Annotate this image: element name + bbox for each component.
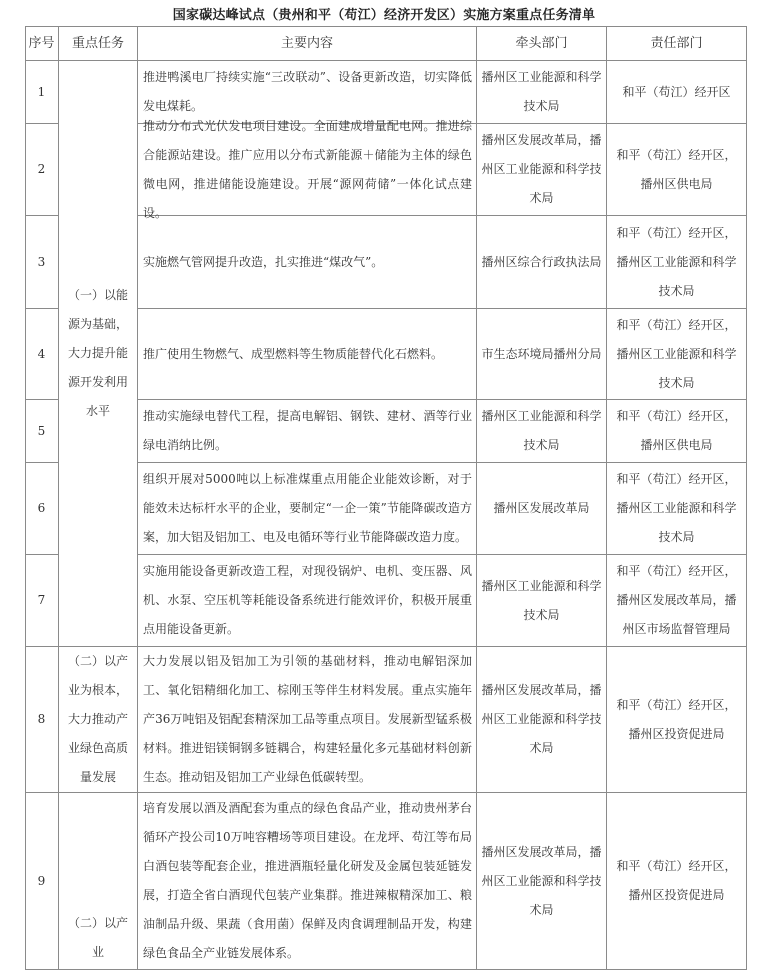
row-number: 2 (25, 124, 59, 216)
row-content: 实施燃气管网提升改造，扎实推进“煤改气”。 (138, 216, 477, 309)
row-resp-dept: 和平（苟江）经开区，播州区工业能源和科学技术局 (607, 216, 747, 309)
row-lead-dept: 播州区综合行政执法局 (477, 216, 607, 309)
row-lead-dept: 播州区工业能源和科学技术局 (477, 555, 607, 647)
row-number: 9 (25, 793, 59, 970)
task-group: （二）以产业 (59, 793, 138, 970)
row-number: 1 (25, 61, 59, 124)
header-lead-dept: 牵头部门 (477, 26, 607, 61)
row-lead-dept: 播州区工业能源和科学技术局 (477, 61, 607, 124)
row-resp-dept: 和平（苟江）经开区，播州区发展改革局，播州区市场监督管理局 (607, 555, 747, 647)
row-lead-dept: 播州区发展改革局，播州区工业能源和科学技术局 (477, 793, 607, 970)
header-task: 重点任务 (59, 26, 138, 61)
row-lead-dept: 播州区发展改革局 (477, 463, 607, 555)
row-number: 5 (25, 400, 59, 463)
row-lead-dept: 市生态环境局播州分局 (477, 309, 607, 400)
task-group: （二）以产业为根本，大力推动产业绿色高质量发展 (59, 647, 138, 793)
row-content: 组织开展对5000吨以上标准煤重点用能企业能效诊断，对于能效未达标杆水平的企业，… (138, 463, 477, 555)
row-number: 4 (25, 309, 59, 400)
row-number: 3 (25, 216, 59, 309)
row-resp-dept: 和平（苟江）经开区，播州区工业能源和科学技术局 (607, 463, 747, 555)
row-resp-dept: 和平（苟江）经开区，播州区供电局 (607, 400, 747, 463)
row-lead-dept: 播州区发展改革局，播州区工业能源和科学技术局 (477, 647, 607, 793)
row-content: 实施用能设备更新改造工程，对现役锅炉、电机、变压器、风机、水泵、空压机等耗能设备… (138, 555, 477, 647)
row-resp-dept: 和平（苟江）经开区 (607, 61, 747, 124)
row-number: 8 (25, 647, 59, 793)
header-content: 主要内容 (138, 26, 477, 61)
task-group: （一）以能源为基础，大力提升能源开发利用水平 (59, 61, 138, 647)
row-lead-dept: 播州区工业能源和科学技术局 (477, 400, 607, 463)
row-resp-dept: 和平（苟江）经开区，播州区投资促进局 (607, 647, 747, 793)
header-no: 序号 (25, 26, 59, 61)
row-content: 推动分布式光伏发电项目建设。全面建成增量配电网。推进综合能源站建设。推广应用以分… (138, 124, 477, 216)
row-content: 培育发展以酒及酒配套为重点的绿色食品产业，推动贵州茅台循环产投公司10万吨容糟场… (138, 793, 477, 970)
row-number: 7 (25, 555, 59, 647)
row-resp-dept: 和平（苟江）经开区，播州区工业能源和科学技术局 (607, 309, 747, 400)
row-content: 大力发展以铝及铝加工为引领的基础材料，推动电解铝深加工、氧化铝精细化加工、棕刚玉… (138, 647, 477, 793)
row-content: 推广使用生物燃气、成型燃料等生物质能替代化石燃料。 (138, 309, 477, 400)
header-resp-dept: 责任部门 (607, 26, 747, 61)
row-content: 推动实施绿电替代工程，提高电解铝、钢铁、建材、酒等行业绿电消纳比例。 (138, 400, 477, 463)
document-title: 国家碳达峰试点（贵州和平（苟江）经济开发区）实施方案重点任务清单 (0, 4, 768, 23)
row-resp-dept: 和平（苟江）经开区，播州区投资促进局 (607, 793, 747, 970)
row-lead-dept: 播州区发展改革局，播州区工业能源和科学技术局 (477, 124, 607, 216)
row-number: 6 (25, 463, 59, 555)
row-resp-dept: 和平（苟江）经开区，播州区供电局 (607, 124, 747, 216)
